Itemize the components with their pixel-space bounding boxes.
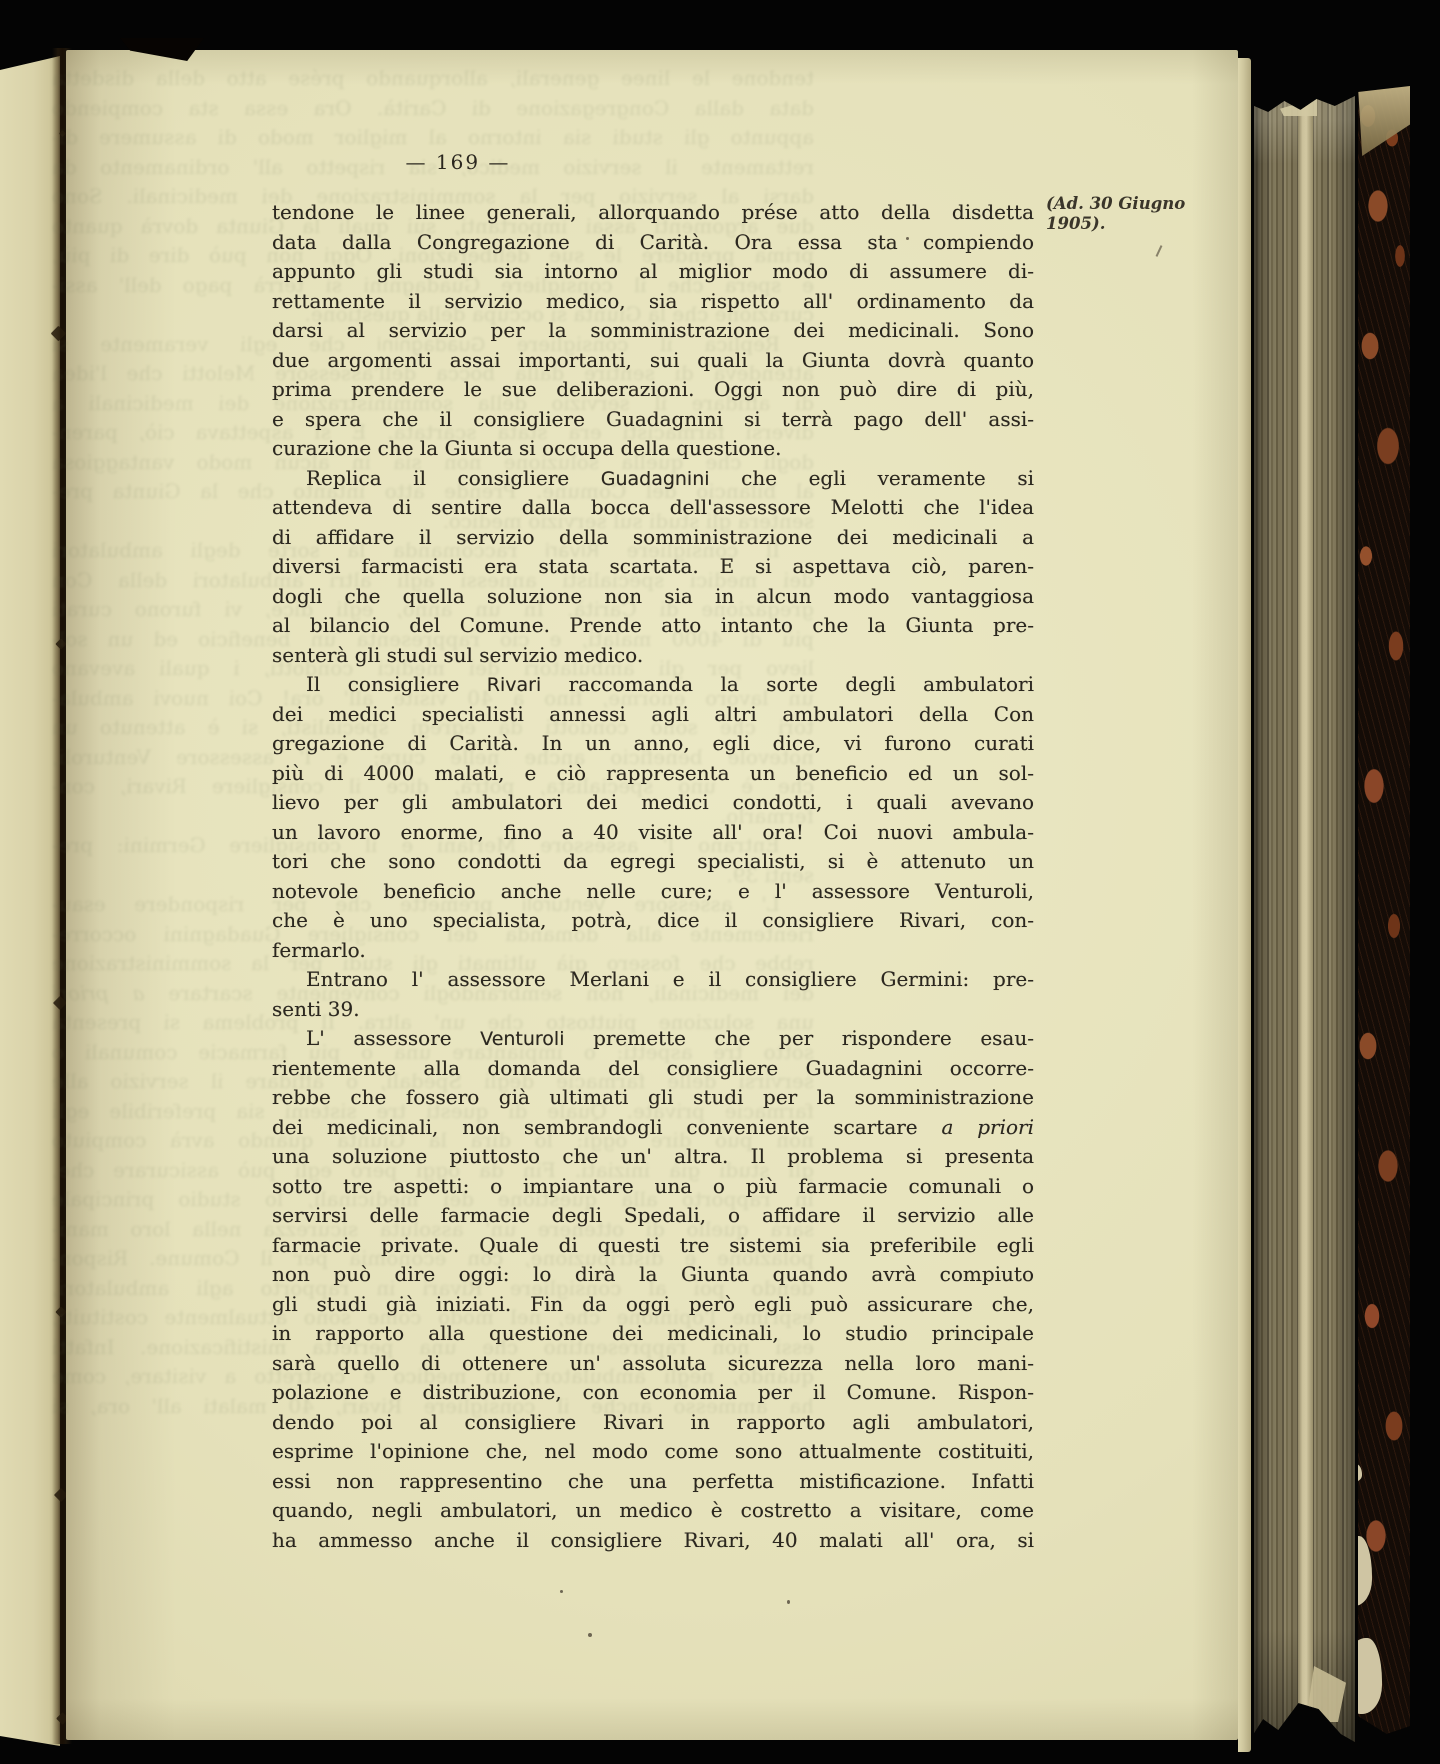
text-line: esprime l'opinione che, nel modo come so… bbox=[272, 1437, 1034, 1467]
text-line: sarà quello di ottenere un' assoluta sic… bbox=[272, 1349, 1034, 1379]
text-line: polazione e distribuzione, con economia … bbox=[272, 1378, 1034, 1408]
text-line: farmacie private. Quale di questi tre si… bbox=[272, 1231, 1034, 1261]
text-line: senterà gli studi sul servizio medico. bbox=[272, 641, 1034, 671]
text-line: senti 39. bbox=[272, 995, 1034, 1025]
text-line: attendeva di sentire dalla bocca dell'as… bbox=[272, 493, 1034, 523]
page-stack-edge bbox=[1254, 94, 1355, 1744]
text-line: prima prendere le sue deliberazioni. Ogg… bbox=[272, 375, 1034, 405]
text-line: tori che sono condotti da egregi special… bbox=[272, 847, 1034, 877]
text-line: tendone le linee generali, allorquando p… bbox=[272, 198, 1034, 228]
text-line: dendo poi al consigliere Rivari in rappo… bbox=[272, 1408, 1034, 1438]
text-line: al bilancio del Comune. Prende atto inta… bbox=[272, 611, 1034, 641]
fore-edge-top-wedge bbox=[1280, 98, 1317, 116]
text-line: due argomenti assai importanti, sui qual… bbox=[272, 346, 1034, 376]
text-line: Entrano l' assessore Merlani e il consig… bbox=[272, 965, 1034, 995]
text-line: dei medicinali, non sembrandogli conveni… bbox=[272, 1113, 1034, 1143]
text-line: rettamente il servizio medico, sia rispe… bbox=[272, 287, 1034, 317]
text-line: data dalla Congregazione di Carità. Ora … bbox=[272, 228, 1034, 258]
cover-top-corner bbox=[1358, 86, 1410, 156]
text-line: Il consigliere Rivari raccomanda la sort… bbox=[272, 670, 1034, 700]
text-line: quando, negli ambulatori, un medico è co… bbox=[272, 1496, 1034, 1526]
text-line: darsi al servizio per la somministrazion… bbox=[272, 316, 1034, 346]
text-line: L' assessore Venturoli premette che per … bbox=[272, 1024, 1034, 1054]
scanned-book-photo: tendone le linee generali, allorquando p… bbox=[0, 0, 1440, 1764]
text-line: dogli che quella soluzione non sia in al… bbox=[272, 582, 1034, 612]
text-line: sotto tre aspetti: o impiantare una o pi… bbox=[272, 1172, 1034, 1202]
text-line: rientemente alla domanda del consigliere… bbox=[272, 1054, 1034, 1084]
text-line: essi non rappresentino che una perfetta … bbox=[272, 1467, 1034, 1497]
text-line: rebbe che fossero già ultimati gli studi… bbox=[272, 1083, 1034, 1113]
text-line: curazione che la Giunta si occupa della … bbox=[272, 434, 1034, 464]
text-line: diversi farmacisti era stata scartata. E… bbox=[272, 552, 1034, 582]
marbled-cover bbox=[1358, 86, 1410, 1734]
text-line: di affidare il servizio della somministr… bbox=[272, 523, 1034, 553]
text-line: servirsi delle farmacie degli Spedali, o… bbox=[272, 1201, 1034, 1231]
text-line: fermarlo. bbox=[272, 936, 1034, 966]
text-line: che è uno specialista, potrà, dice il co… bbox=[272, 906, 1034, 936]
text-line: e spera che il consigliere Guadagnini si… bbox=[272, 405, 1034, 435]
text-line: notevole beneficio anche nelle cure; e l… bbox=[272, 877, 1034, 907]
under-page-edge bbox=[1238, 58, 1251, 1752]
text-line: data dalla Congregazione di Carità. Ora … bbox=[52, 94, 814, 124]
text-line: in rapporto alla questione dei medicinal… bbox=[272, 1319, 1034, 1349]
text-line: gregazione di Carità. In un anno, egli d… bbox=[272, 729, 1034, 759]
text-line: una soluzione piuttosto che un' altra. I… bbox=[272, 1142, 1034, 1172]
page-number: — 169 — bbox=[385, 150, 531, 174]
margin-note: (Ad. 30 Giugno 1905). bbox=[1046, 194, 1246, 234]
text-line: appunto gli studi sia intorno al miglior… bbox=[52, 123, 814, 153]
text-line: un lavoro enorme, fino a 40 visite all' … bbox=[272, 818, 1034, 848]
text-line: non può dire oggi: lo dirà la Giunta qua… bbox=[272, 1260, 1034, 1290]
text-line: gli studi già iniziati. Fin da oggi però… bbox=[272, 1290, 1034, 1320]
page-text: tendone le linee generali, allorquando p… bbox=[272, 198, 1034, 1555]
text-line: tendone le linee generali, allorquando p… bbox=[52, 64, 814, 94]
facing-page-edge bbox=[0, 56, 60, 1746]
fore-edge-light-sheet bbox=[1298, 94, 1313, 1744]
text-line: appunto gli studi sia intorno al miglior… bbox=[272, 257, 1034, 287]
ink-speck bbox=[560, 1590, 563, 1593]
text-line: ha ammesso anche il consigliere Rivari, … bbox=[272, 1526, 1034, 1556]
text-line: Replica il consigliere Guadagnini che eg… bbox=[272, 464, 1034, 494]
text-line: lievo per gli ambulatori dei medici cond… bbox=[272, 788, 1034, 818]
text-line: dei medici specialisti annessi agli altr… bbox=[272, 700, 1034, 730]
ink-speck bbox=[588, 1633, 592, 1637]
ink-speck bbox=[906, 237, 909, 240]
text-line: più di 4000 malati, e ciò rappresenta un… bbox=[272, 759, 1034, 789]
ink-speck bbox=[787, 1600, 790, 1604]
